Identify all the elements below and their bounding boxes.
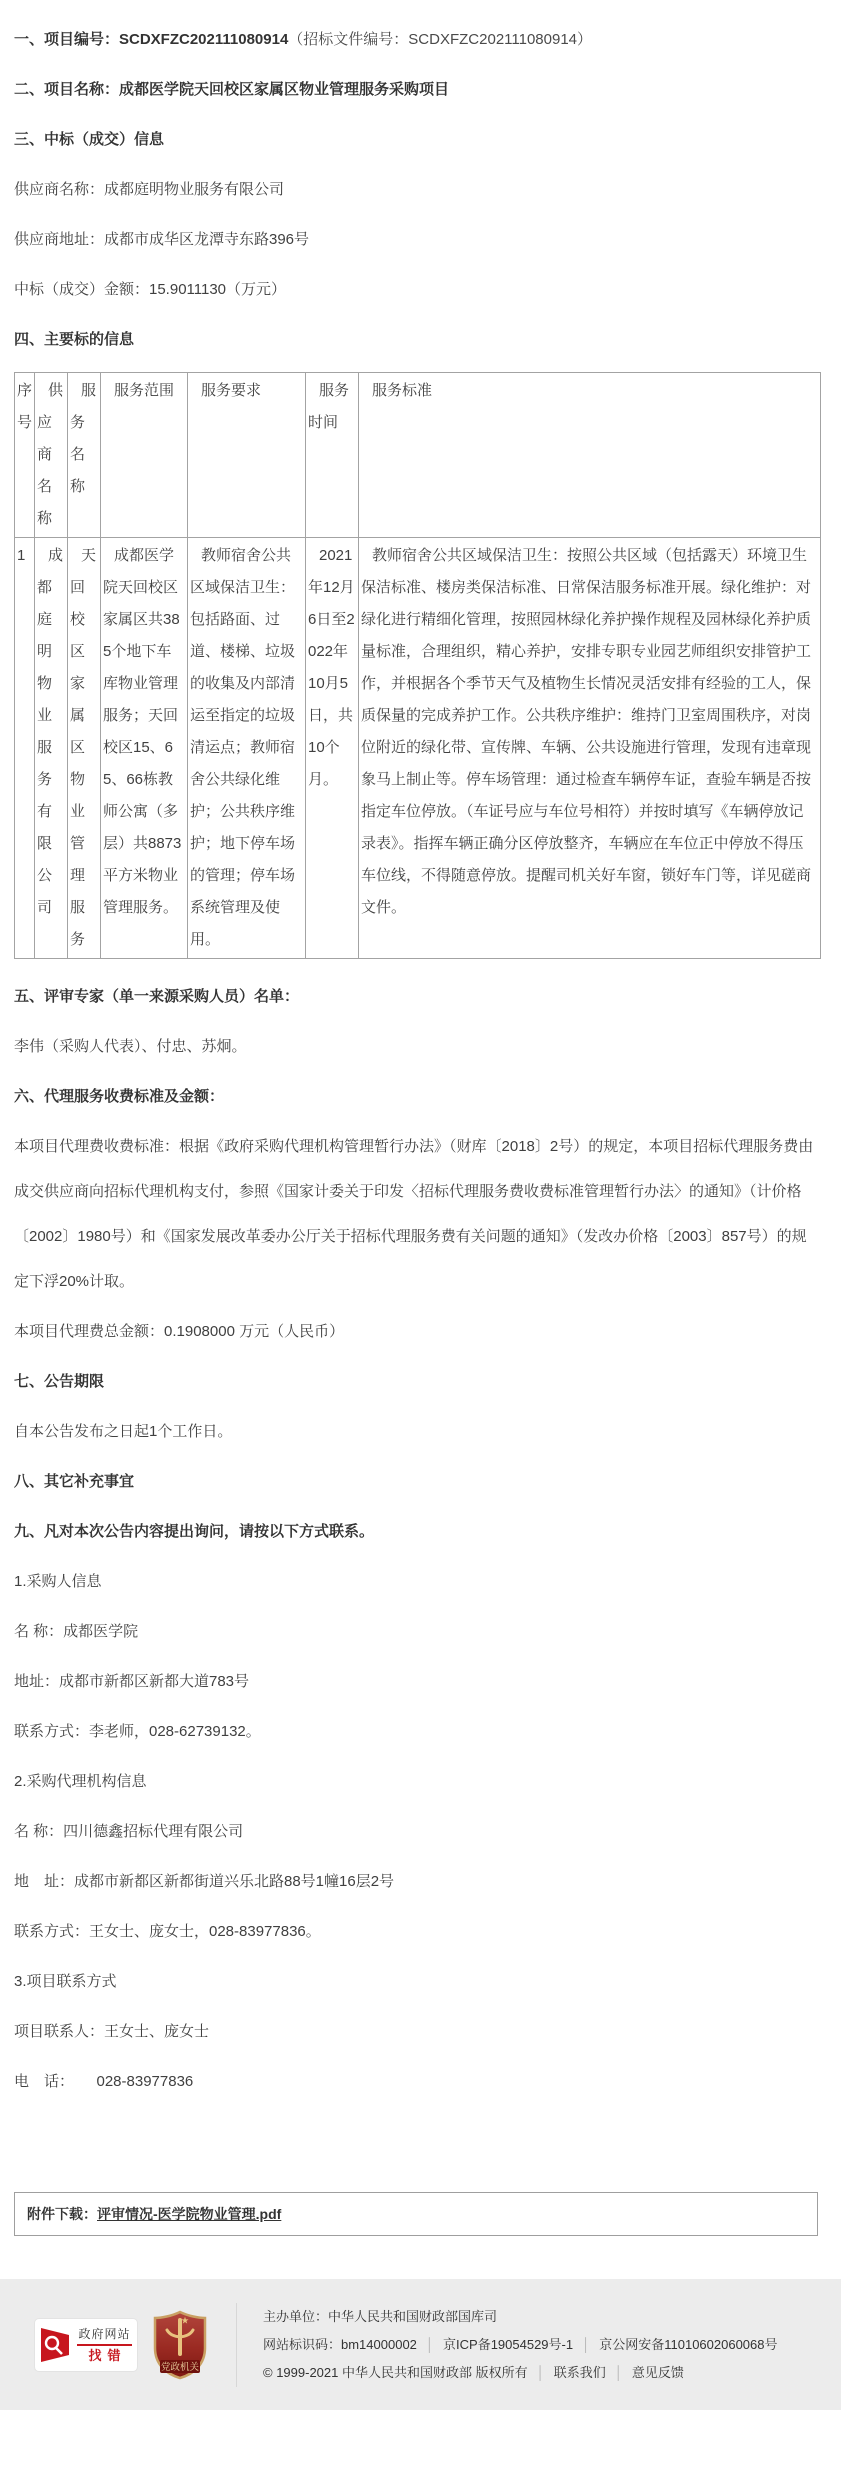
footer-host-line: 主办单位：中华人民共和国财政部国库司 <box>263 2308 778 2325</box>
cell-seq: 1 <box>15 538 35 959</box>
purchaser-contact: 联系方式：李老师，028-62739132。 <box>14 1709 820 1754</box>
purchaser-address: 地址：成都市新都区新都大道783号 <box>14 1659 820 1704</box>
find-error-badge-line1: 政府网站 <box>77 2326 132 2342</box>
col-header-service-name: 服务名称 <box>68 373 101 538</box>
section-project-number: 一、项目编号：SCDXFZC202111080914（招标文件编号：SCDXFZ… <box>14 17 820 62</box>
feedback-link[interactable]: 意见反馈 <box>632 2365 684 2380</box>
project-contact-title: 3.项目联系方式 <box>14 1959 820 2004</box>
footer-vertical-divider <box>236 2303 237 2387</box>
col-header-service-scope: 服务范围 <box>101 373 188 538</box>
col-header-service-standard: 服务标准 <box>359 373 821 538</box>
tender-doc-number: （招标文件编号：SCDXFZC202111080914） <box>288 31 592 48</box>
cell-service-time: 2021年12月6日至2022年10月5日，共10个月。 <box>306 538 359 959</box>
section-experts-heading: 五、评审专家（单一来源采购人员）名单： <box>14 974 820 1019</box>
find-error-badge-text: 政府网站 找错 <box>77 2326 132 2364</box>
project-contact-person: 项目联系人：王女士、庞女士 <box>14 2009 820 2054</box>
icp-license-link[interactable]: 京ICP备19054529号-1 <box>443 2337 573 2352</box>
table-row: 1 成都庭明物业服务有限公司 天回校区家属区物业管理服务 成都医学院天回校区家属… <box>15 538 821 959</box>
agency-contact: 联系方式：王女士、庞女士，028-83977836。 <box>14 1909 820 1954</box>
footer-separator: │ <box>615 2365 623 2380</box>
section-other-matters-heading: 八、其它补充事宜 <box>14 1459 820 1504</box>
gov-site-find-error-badge[interactable]: 政府网站 找错 <box>34 2318 138 2372</box>
announcement-body: 一、项目编号：SCDXFZC202111080914（招标文件编号：SCDXFZ… <box>0 0 841 2236</box>
find-error-badge-rule <box>77 2344 132 2346</box>
site-identification-code: 网站标识码：bm14000002 <box>263 2337 417 2352</box>
supplier-name: 供应商名称：成都庭明物业服务有限公司 <box>14 167 820 212</box>
footer-separator: │ <box>537 2365 545 2380</box>
public-security-record-link[interactable]: 京公网安备11010602060068号 <box>599 2337 777 2352</box>
col-header-supplier: 供应商名称 <box>35 373 68 538</box>
agency-name: 名 称：四川德鑫招标代理有限公司 <box>14 1809 820 1854</box>
find-error-badge-line2: 找错 <box>77 2348 132 2364</box>
contact-us-link[interactable]: 联系我们 <box>554 2365 606 2380</box>
section-award-info-heading: 三、中标（成交）信息 <box>14 117 820 162</box>
attachment-download-box: 附件下载：评审情况-医学院物业管理.pdf <box>14 2192 818 2236</box>
cell-service-scope: 成都医学院天回校区家属区共385个地下车库物业管理服务；天回校区15、65、66… <box>101 538 188 959</box>
agency-fee-standard: 本项目代理费收费标准：根据《政府采购代理机构管理暂行办法》（财库〔2018〕2号… <box>14 1124 820 1304</box>
attachment-pdf-link[interactable]: 评审情况-医学院物业管理.pdf <box>97 2206 281 2222</box>
agency-fee-total: 本项目代理费总金额：0.1908000 万元（人民币） <box>14 1309 820 1354</box>
section-project-name: 二、项目名称：成都医学院天回校区家属区物业管理服务采购项目 <box>14 67 820 112</box>
cell-supplier: 成都庭明物业服务有限公司 <box>35 538 68 959</box>
agency-address: 地 址：成都市新都区新都街道兴乐北路88号1幢16层2号 <box>14 1859 820 1904</box>
party-badge-label: 党政机关 <box>161 2361 200 2373</box>
attachment-label: 附件下载： <box>27 2206 97 2222</box>
purchaser-name: 名 称：成都医学院 <box>14 1609 820 1654</box>
section-main-subject-heading: 四、主要标的信息 <box>14 317 820 362</box>
section-agency-fee-heading: 六、代理服务收费标准及金额： <box>14 1074 820 1119</box>
col-header-service-time: 服务时间 <box>306 373 359 538</box>
main-subject-table: 序号 供应商名称 服务名称 服务范围 服务要求 服务时间 服务标准 1 成都庭明… <box>14 372 821 959</box>
table-header-row: 序号 供应商名称 服务名称 服务范围 服务要求 服务时间 服务标准 <box>15 373 821 538</box>
footer-copyright-line: © 1999-2021 中华人民共和国财政部 版权所有│联系我们│意见反馈 <box>263 2364 778 2381</box>
page-footer: 政府网站 找错 党政机关 主办单位：中华人民共和国财政部国库司 网站标识码：bm… <box>0 2279 841 2410</box>
footer-separator: │ <box>426 2337 434 2352</box>
section-announcement-period-heading: 七、公告期限 <box>14 1359 820 1404</box>
cell-service-name: 天回校区家属区物业管理服务 <box>68 538 101 959</box>
cell-service-requirement: 教师宿舍公共区域保洁卫生：包括路面、过道、楼梯、垃圾的收集及内部清运至指定的垃圾… <box>188 538 306 959</box>
col-header-seq: 序号 <box>15 373 35 538</box>
cell-service-standard: 教师宿舍公共区域保洁卫生：按照公共区域（包括露天）环境卫生保洁标准、楼房类保洁标… <box>359 538 821 959</box>
project-number-bold: 一、项目编号：SCDXFZC202111080914 <box>14 31 288 48</box>
footer-registration-line: 网站标识码：bm14000002│京ICP备19054529号-1│京公网安备1… <box>263 2336 778 2353</box>
project-contact-phone: 电 话： 028-83977836 <box>14 2059 820 2104</box>
footer-info: 主办单位：中华人民共和国财政部国库司 网站标识码：bm14000002│京ICP… <box>263 2308 778 2381</box>
purchaser-info-title: 1.采购人信息 <box>14 1559 820 1604</box>
copyright-text: © 1999-2021 中华人民共和国财政部 版权所有 <box>263 2365 528 2380</box>
announcement-period: 自本公告发布之日起1个工作日。 <box>14 1409 820 1454</box>
magnifier-flag-icon <box>40 2327 72 2363</box>
supplier-address: 供应商地址：成都市成华区龙潭寺东路396号 <box>14 217 820 262</box>
col-header-service-requirement: 服务要求 <box>188 373 306 538</box>
experts-list: 李伟（采购人代表）、付忠、苏炯。 <box>14 1024 820 1069</box>
section-inquiry-heading: 九、凡对本次公告内容提出询问，请按以下方式联系。 <box>14 1509 820 1554</box>
footer-separator: │ <box>582 2337 590 2352</box>
agency-info-title: 2.采购代理机构信息 <box>14 1759 820 1804</box>
award-amount: 中标（成交）金额：15.9011130（万元） <box>14 267 820 312</box>
party-gov-org-badge[interactable]: 党政机关 <box>152 2310 208 2380</box>
